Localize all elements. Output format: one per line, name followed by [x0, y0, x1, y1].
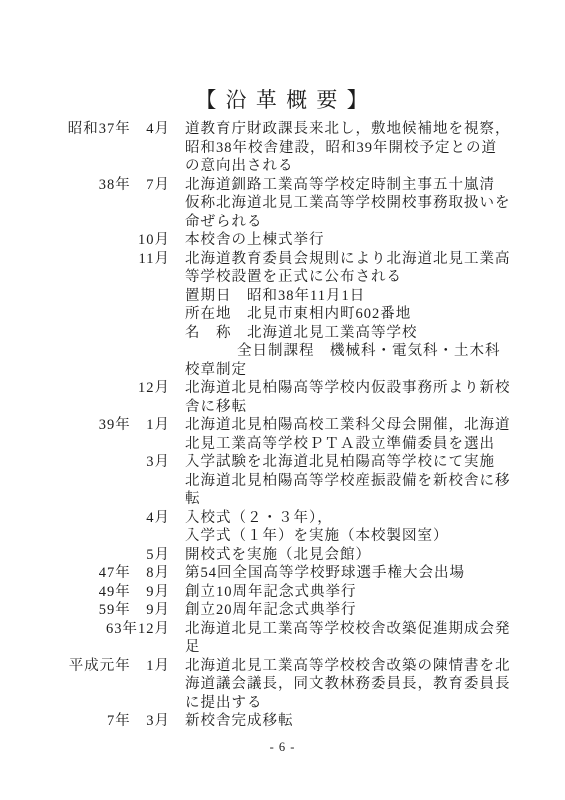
entry-line: 北海道北見工業高等学校校舎改築促進期成会発 [185, 620, 545, 639]
entry-date: 49年 9月 [32, 583, 170, 602]
entry-line: 北見工業高等学校ＰＴＡ設立準備委員を選出 [185, 435, 545, 454]
entry-line: 北海道教育委員会規則により北海道北見工業高 [185, 250, 545, 269]
entry-date: 平成元年 1月 [32, 657, 170, 676]
entry-line: 開校式を実施（北見会館） [185, 546, 545, 565]
entry-date: 昭和37年 4月 [32, 120, 170, 139]
entry-line: 等学校設置を正式に公布される [185, 268, 545, 287]
entry-line: 名 称 北海道北見工業高等学校 [185, 324, 545, 343]
history-list: 昭和37年 4月 道教育庁財政課長来北し，敷地候補地を視察， 昭和38年校舎建設… [0, 120, 565, 731]
history-entry: 10月 本校舎の上棟式挙行 [32, 231, 565, 250]
entry-line: 足 [185, 638, 545, 657]
entry-line: 昭和38年校舎建設，昭和39年開校予定との道 [185, 139, 545, 158]
entry-line: 所在地 北見市東相内町602番地 [185, 305, 545, 324]
entry-description: 北海道北見工業高等学校校舎改築の陳情書を北 海道議会議長，同文教林務委員長，教育… [185, 657, 545, 713]
history-entry: 3月 入学試験を北海道北見柏陽高等学校にて実施 北海道北見柏陽高等学校産振設備を… [32, 453, 565, 509]
document-page: 【 沿 革 概 要 】 昭和37年 4月 道教育庁財政課長来北し，敷地候補地を視… [0, 0, 565, 800]
entry-line: に提出する [185, 694, 545, 713]
entry-date: 47年 8月 [32, 564, 170, 583]
entry-description: 創立10周年記念式典挙行 [185, 583, 545, 602]
entry-description: 本校舎の上棟式挙行 [185, 231, 545, 250]
history-entry: 47年 8月 第54回全国高等学校野球選手権大会出場 [32, 564, 565, 583]
entry-line: 仮称北海道北見工業高等学校開校事務取扱いを [185, 194, 545, 213]
entry-line: 本校舎の上棟式挙行 [185, 231, 545, 250]
entry-date: 63年12月 [32, 620, 170, 639]
entry-description: 創立20周年記念式典挙行 [185, 601, 545, 620]
entry-line: 創立20周年記念式典挙行 [185, 601, 545, 620]
entry-date: 59年 9月 [32, 601, 170, 620]
history-entry: 39年 1月 北海道北見柏陽高校工業科父母会開催，北海道 北見工業高等学校ＰＴＡ… [32, 416, 565, 453]
entry-line: 新校舎完成移転 [185, 712, 545, 731]
history-entry: 38年 7月 北海道釧路工業高等学校定時制主事五十嵐清 仮称北海道北見工業高等学… [32, 176, 565, 232]
entry-date: 4月 [32, 509, 170, 528]
entry-line: 置期日 昭和38年11月1日 [185, 287, 545, 306]
entry-line: 北海道北見柏陽高校工業科父母会開催，北海道 [185, 416, 545, 435]
entry-description: 開校式を実施（北見会館） [185, 546, 545, 565]
history-entry: 59年 9月 創立20周年記念式典挙行 [32, 601, 565, 620]
entry-date: 10月 [32, 231, 170, 250]
entry-date: 7年 3月 [32, 712, 170, 731]
entry-line: 入学試験を北海道北見柏陽高等学校にて実施 [185, 453, 545, 472]
entry-line: 舎に移転 [185, 398, 545, 417]
entry-line: の意向出される [185, 157, 545, 176]
entry-date: 11月 [32, 250, 170, 269]
entry-line: 創立10周年記念式典挙行 [185, 583, 545, 602]
entry-line: 命ぜられる [185, 213, 545, 232]
entry-date: 39年 1月 [32, 416, 170, 435]
entry-description: 入校式（２・３年）， 入学式（１年）を実施（本校製図室） [185, 509, 545, 546]
history-entry: 12月 北海道北見柏陽高等学校内仮設事務所より新校 舎に移転 [32, 379, 565, 416]
entry-line: 入学式（１年）を実施（本校製図室） [185, 527, 545, 546]
entry-line: 転 [185, 490, 545, 509]
entry-line: 入校式（２・３年）， [185, 509, 545, 528]
entry-description: 北海道北見柏陽高校工業科父母会開催，北海道 北見工業高等学校ＰＴＡ設立準備委員を… [185, 416, 545, 453]
entry-date: 3月 [32, 453, 170, 472]
history-entry: 平成元年 1月 北海道北見工業高等学校校舎改築の陳情書を北 海道議会議長，同文教… [32, 657, 565, 713]
entry-description: 入学試験を北海道北見柏陽高等学校にて実施 北海道北見柏陽高等学校産振設備を新校舎… [185, 453, 545, 509]
entry-description: 北海道北見工業高等学校校舎改築促進期成会発 足 [185, 620, 545, 657]
history-entry: 5月 開校式を実施（北見会館） [32, 546, 565, 565]
history-entry: 4月 入校式（２・３年）， 入学式（１年）を実施（本校製図室） [32, 509, 565, 546]
entry-line: 道教育庁財政課長来北し，敷地候補地を視察， [185, 120, 545, 139]
page-title: 【 沿 革 概 要 】 [0, 84, 565, 114]
entry-line: 北海道北見柏陽高等学校内仮設事務所より新校 [185, 379, 545, 398]
entry-date: 12月 [32, 379, 170, 398]
history-entry: 63年12月 北海道北見工業高等学校校舎改築促進期成会発 足 [32, 620, 565, 657]
entry-description: 道教育庁財政課長来北し，敷地候補地を視察， 昭和38年校舎建設，昭和39年開校予… [185, 120, 545, 176]
entry-line: 第54回全国高等学校野球選手権大会出場 [185, 564, 545, 583]
page-number: - 6 - [0, 740, 565, 755]
entry-date: 38年 7月 [32, 176, 170, 195]
entry-date: 5月 [32, 546, 170, 565]
entry-line: 北海道北見工業高等学校校舎改築の陳情書を北 [185, 657, 545, 676]
entry-description: 新校舎完成移転 [185, 712, 545, 731]
entry-description: 北海道教育委員会規則により北海道北見工業高 等学校設置を正式に公布される 置期日… [185, 250, 545, 380]
history-entry: 7年 3月 新校舎完成移転 [32, 712, 565, 731]
history-entry: 49年 9月 創立10周年記念式典挙行 [32, 583, 565, 602]
entry-line: 全日制課程 機械科・電気科・土木科 [185, 342, 545, 361]
history-entry: 昭和37年 4月 道教育庁財政課長来北し，敷地候補地を視察， 昭和38年校舎建設… [32, 120, 565, 176]
history-entry: 11月 北海道教育委員会規則により北海道北見工業高 等学校設置を正式に公布される… [32, 250, 565, 380]
entry-line: 北海道北見柏陽高等学校産振設備を新校舎に移 [185, 472, 545, 491]
entry-description: 北海道釧路工業高等学校定時制主事五十嵐清 仮称北海道北見工業高等学校開校事務取扱… [185, 176, 545, 232]
entry-line: 校章制定 [185, 361, 545, 380]
entry-description: 北海道北見柏陽高等学校内仮設事務所より新校 舎に移転 [185, 379, 545, 416]
entry-line: 北海道釧路工業高等学校定時制主事五十嵐清 [185, 176, 545, 195]
entry-description: 第54回全国高等学校野球選手権大会出場 [185, 564, 545, 583]
entry-line: 海道議会議長，同文教林務委員長，教育委員長 [185, 675, 545, 694]
